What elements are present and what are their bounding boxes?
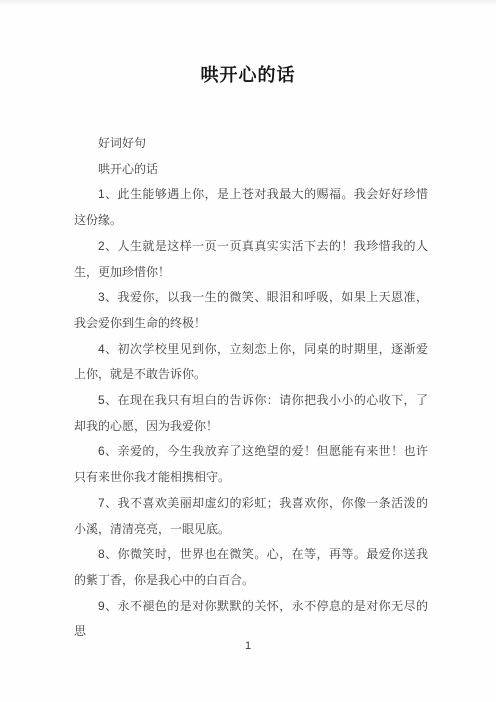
paragraph: 8、你微笑时，世界也在微笑。心，在等，再等。最爱你送我的紫丁香，你是我心中的白百… (74, 542, 428, 593)
paragraph: 6、亲爱的，今生我放弃了这绝望的爱！但愿能有来世！也许只有来世你我才能相携相守。 (74, 439, 428, 490)
paragraph: 5、在现在我只有坦白的告诉你：请你把我小小的心收下，了却我的心愿，因为我爱你！ (74, 388, 428, 439)
paragraph: 7、我不喜欢美丽却虚幻的彩虹；我喜欢你，你像一条活泼的小溪，清清亮亮，一眼见底。 (74, 491, 428, 542)
intro-lines: 好词好句哄开心的话 (74, 131, 428, 182)
document-body: 好词好句哄开心的话 1、此生能够遇上你，是上苍对我最大的赐福。我会好好珍惜这份缘… (74, 131, 428, 645)
paragraph: 1、此生能够遇上你，是上苍对我最大的赐福。我会好好珍惜这份缘。 (74, 182, 428, 233)
intro-line: 哄开心的话 (74, 157, 428, 183)
paragraph-list: 1、此生能够遇上你，是上苍对我最大的赐福。我会好好珍惜这份缘。2、人生就是这样一… (74, 182, 428, 645)
intro-line: 好词好句 (74, 131, 428, 157)
paragraph: 4、初次学校里见到你，立刻恋上你，同桌的时期里，逐渐爱上你，就是不敢告诉你。 (74, 337, 428, 388)
page-number-footer: 1 (0, 638, 496, 654)
paragraph: 3、我爱你，以我一生的微笑、眼泪和呼吸，如果上天恩准，我会爱你到生命的终极！ (74, 285, 428, 336)
paragraph: 2、人生就是这样一页一页真真实实活下去的！我珍惜我的人生，更加珍惜你！ (74, 234, 428, 285)
document-page: 哄开心的话 好词好句哄开心的话 1、此生能够遇上你，是上苍对我最大的赐福。我会好… (0, 0, 496, 702)
page-title: 哄开心的话 (0, 61, 496, 89)
